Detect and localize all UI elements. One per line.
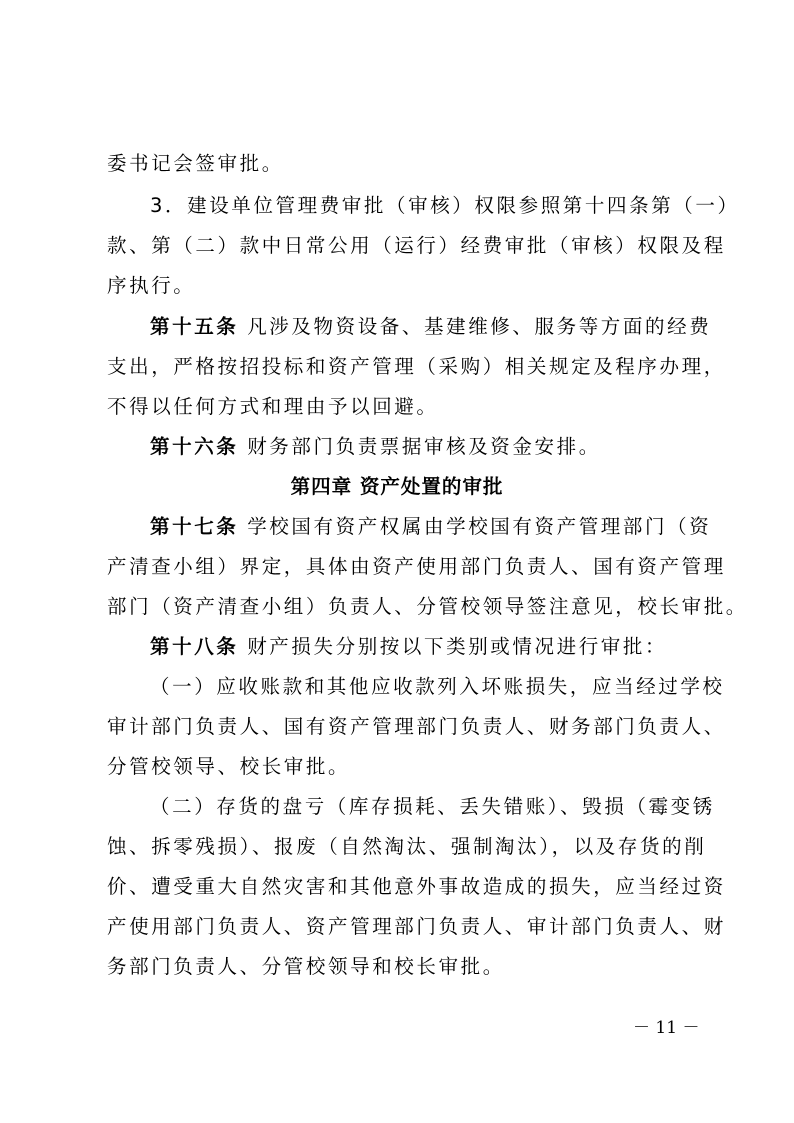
paragraph-line: 价、遭受重大自然灾害和其他意外事故造成的损失，应当经过资 (107, 873, 695, 901)
paragraph-line: 分管校领导、校长审批。 (107, 753, 695, 781)
article-18: 第十八条 财产损失分别按以下类别或情况进行审批： (150, 633, 695, 661)
paragraph-line: （一）应收账款和其他应收款列入坏账损失，应当经过学校 (150, 673, 695, 701)
paragraph-line: 部门（资产清查小组）负责人、分管校领导签注意见，校长审批。 (107, 593, 695, 621)
article-15: 第十五条 凡涉及物资设备、基建维修、服务等方面的经费 (150, 313, 695, 341)
page-number: － 11 － (633, 1016, 699, 1040)
article-16: 第十六条 财务部门负责票据审核及资金安排。 (150, 433, 695, 461)
paragraph-line: 委书记会签审批。 (107, 150, 695, 178)
chapter-heading: 第四章 资产处置的审批 (0, 473, 794, 501)
paragraph-line: 审计部门负责人、国有资产管理部门负责人、财务部门负责人、 (107, 713, 695, 741)
article-label: 第十八条 (150, 635, 238, 658)
paragraph-line: 款、第（二）款中日常公用（运行）经费审批（审核）权限及程 (107, 232, 695, 260)
paragraph-line: 不得以任何方式和理由予以回避。 (107, 393, 695, 421)
paragraph-line: （二）存货的盘亏（库存损耗、丢失错账）、毁损（霉变锈 (150, 793, 695, 821)
paragraph-line: 支出，严格按招投标和资产管理（采购）相关规定及程序办理， (107, 353, 695, 381)
article-text: 财务部门负责票据审核及资金安排。 (238, 435, 600, 458)
article-label: 第十七条 (150, 515, 238, 538)
paragraph-line: 务部门负责人、分管校领导和校长审批。 (107, 953, 695, 981)
article-text: 学校国有资产权属由学校国有资产管理部门（资 (238, 515, 711, 538)
article-17: 第十七条 学校国有资产权属由学校国有资产管理部门（资 (150, 513, 695, 541)
article-text: 凡涉及物资设备、基建维修、服务等方面的经费 (238, 315, 711, 338)
paragraph-line: 蚀、拆零残损）、报废（自然淘汰、强制淘汰），以及存货的削 (107, 833, 695, 861)
article-text: 财产损失分别按以下类别或情况进行审批： (238, 635, 667, 658)
paragraph-line: 产使用部门负责人、资产管理部门负责人、审计部门负责人、财 (107, 913, 695, 941)
paragraph-line: 3．建设单位管理费审批（审核）权限参照第十四条第（一） (150, 192, 695, 220)
paragraph-line: 产清查小组）界定，具体由资产使用部门负责人、国有资产管理 (107, 553, 695, 581)
article-label: 第十五条 (150, 315, 238, 338)
paragraph-line: 序执行。 (107, 272, 695, 300)
article-label: 第十六条 (150, 435, 238, 458)
